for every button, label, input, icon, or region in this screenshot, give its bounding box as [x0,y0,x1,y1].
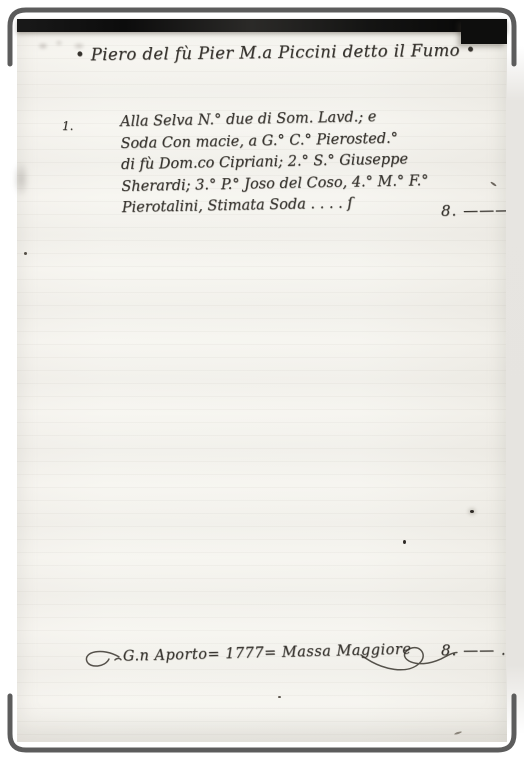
scan-dark-edge [17,19,507,32]
ink-speck [470,510,474,513]
scan-gutter [506,46,524,734]
entry-number: 1. [62,119,73,133]
manuscript-page: • Piero del fù Pier M.a Piccini detto il… [17,19,507,742]
ink-speck [490,181,497,187]
entry-paragraph: Alla Selva N.° due di Som. Lavd.; e Soda… [120,106,442,220]
footer-line: G.n Aporto= 1777= Massa Maggiore [74,622,475,696]
ink-speck [24,252,27,255]
ink-speck [403,540,406,544]
page-title: • Piero del fù Pier M.a Piccini detto il… [75,41,475,65]
ink-smudge [12,147,40,211]
manuscript-scan-view: • Piero del fù Pier M.a Piccini detto il… [0,0,524,760]
ink-speck [278,696,281,698]
ink-speck [454,731,462,735]
